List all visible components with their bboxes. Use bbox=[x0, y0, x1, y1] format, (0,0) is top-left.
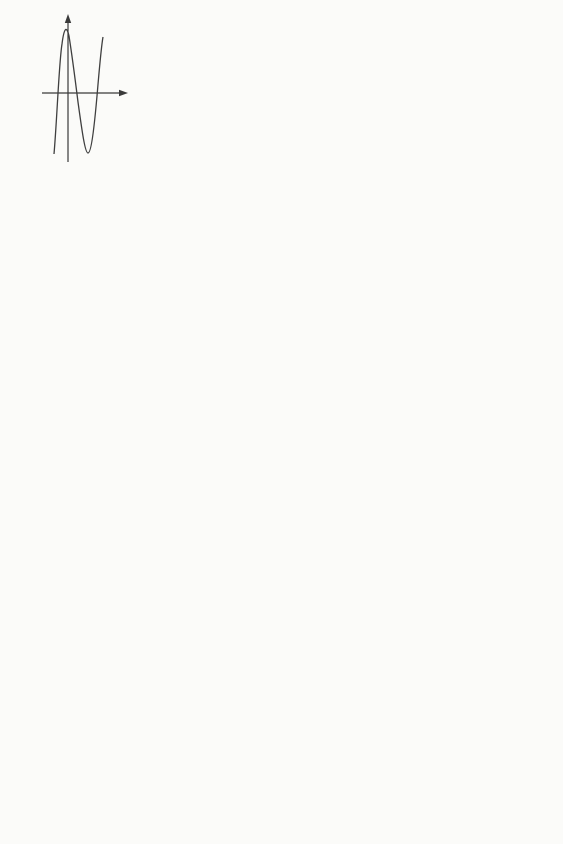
y-axis-arrow-icon bbox=[65, 14, 71, 23]
graph-canvas bbox=[42, 12, 154, 166]
g-curve bbox=[54, 29, 103, 154]
page: { "colors": { "label_blue": "#30609f", "… bbox=[0, 0, 563, 844]
document-body bbox=[0, 0, 563, 176]
x-axis-arrow-icon bbox=[119, 90, 128, 96]
function-graph bbox=[42, 12, 543, 166]
